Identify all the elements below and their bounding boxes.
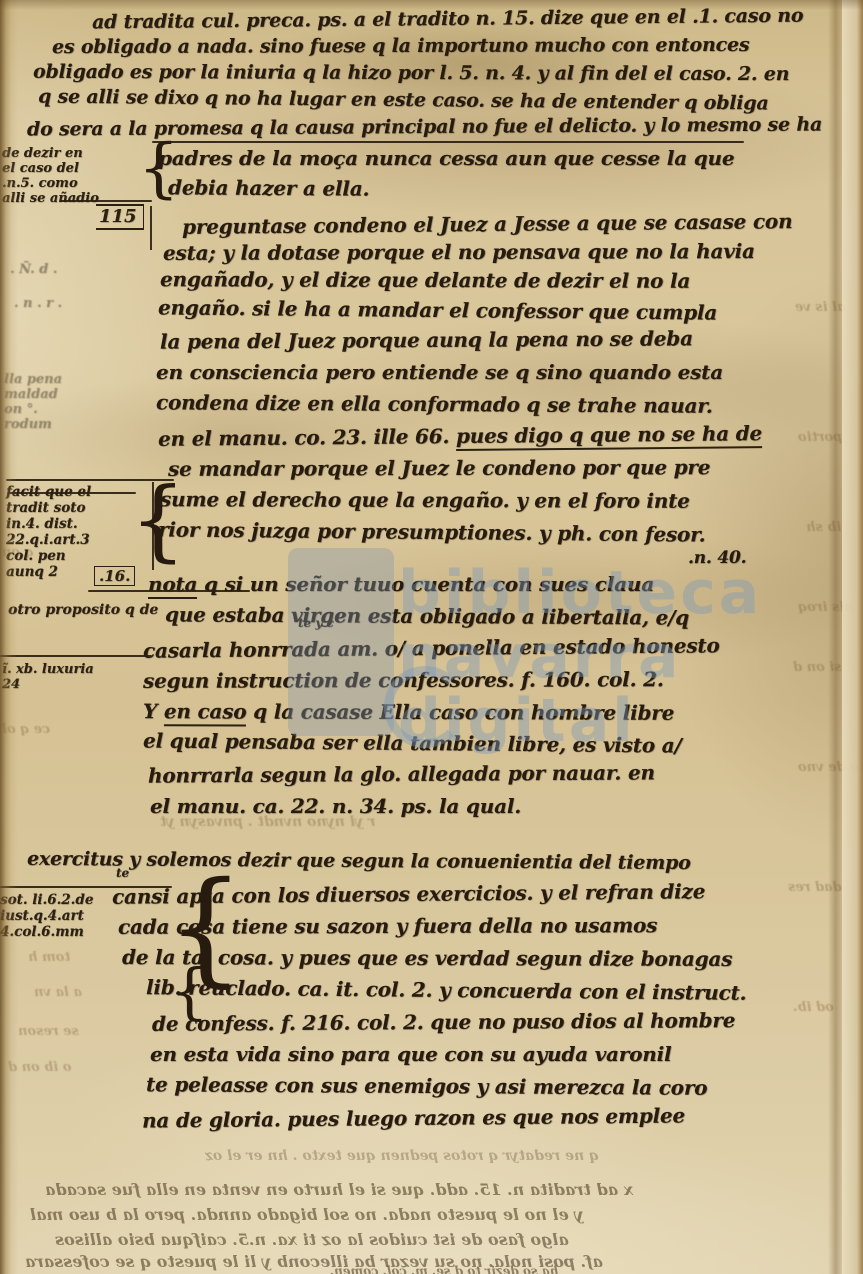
bleedthrough-fragment: to de vno (798, 760, 863, 775)
text-line: condena dize en ella conformado q se tra… (156, 390, 713, 417)
bleedthrough-fragment: portio (798, 430, 842, 445)
margin-brace: { (130, 476, 186, 564)
text-line: segun instruction de confessores. f. 160… (143, 667, 664, 693)
underlined-phrase: en caso (164, 699, 247, 726)
text-line: padres de la moça nunca cessa aun que ce… (158, 146, 734, 170)
text-line: casarla honrrada am. o/ a ponella en est… (143, 633, 720, 662)
bleedthrough-fragment: tom h (28, 950, 70, 965)
margin-note: lla pena maldad on °. rodum (4, 372, 62, 432)
text-line: se mandar porque el Juez le condeno por … (168, 455, 710, 481)
bleedthrough-fragment: ce q ol (2, 722, 50, 737)
margin-note: te y c (298, 616, 334, 630)
text-line: te peleasse con sus enemigos y asi merez… (146, 1072, 707, 1100)
bleedthrough-line: y el no le puesto nada. no sol bigado an… (30, 1205, 584, 1224)
ink-rule (0, 655, 152, 657)
margin-note: facit que el tradit soto in.4. dist. 22.… (6, 484, 91, 580)
text-line: engañado, y el dize que delante de dezir… (160, 267, 690, 293)
bleedthrough-fragment: nis iroq (798, 600, 854, 615)
text-line: sume el derecho que la engaño. y en el f… (160, 487, 690, 513)
text-line: esta; y la dotase porque el no pensava q… (163, 239, 755, 265)
margin-note: . n . r . (14, 296, 62, 311)
bleedthrough-fragment: al is ve (795, 300, 846, 315)
bleedthrough-line: x ad tradita n. 15. add. que si el hurto… (45, 1180, 633, 1199)
margin-note: ĩ. xb. luxuria 24 (2, 662, 94, 692)
bleedthrough-fragment: se reson (18, 1024, 79, 1039)
bleedthrough-line: q ne redatyr q rotos pednen que texto . … (205, 1148, 599, 1164)
text-line: en consciencia pero entiende se q sino q… (156, 360, 723, 384)
ink-vertical-rule (150, 206, 152, 250)
margin-note: sot. li.6.2.de iust.q.4.art 4.col.6.mm (0, 892, 93, 940)
bleedthrough-fragment: od ib. (793, 1000, 834, 1015)
text-line: obligado es por la iniuria q la hizo por… (33, 61, 789, 85)
ink-rule (8, 492, 136, 494)
text-line: .n. 40. (688, 548, 746, 568)
text-line: engaño. si le ha a mandar el confessor q… (158, 295, 717, 324)
bleedthrough-fragment: a la vn (34, 985, 82, 1000)
text-line: el qual pensaba ser ella tambien libre, … (143, 728, 682, 757)
page-fold-crease (828, 0, 842, 1274)
bleedthrough-fragment: o ib on d (8, 1060, 72, 1075)
margin-brace: { (138, 136, 179, 201)
manuscript-page: r yl nyno nvndt . pnvasyn ytal is veport… (0, 0, 863, 1274)
text-line: na de gloria. pues luego razon es que no… (142, 1103, 685, 1132)
ink-rule (0, 886, 172, 888)
text-line: que estaba virgen esta obligado a libert… (165, 602, 689, 629)
margin-note: otro proposito q de (8, 602, 158, 618)
margin-note: de dezir en el caso del .n.5. como alli … (2, 146, 99, 206)
text-line: en el manu. co. 23. ille 66. pues digo q… (158, 421, 762, 451)
text-line: Y en caso q la casase Ella caso con homb… (143, 699, 674, 725)
text-line: ad tradita cul. preca. ps. a el tradito … (92, 5, 804, 34)
ink-rule (152, 141, 744, 143)
text-line: nota q si un señor tuuo cuenta con sues … (148, 572, 654, 596)
bleedthrough-line: algo faso de ist cuidos la oz ti xa. n.5… (55, 1230, 569, 1249)
margin-note: 115 (96, 204, 144, 230)
margin-note: . Ñ. d . (10, 262, 57, 277)
text-line: es obligado a nada. sino fuese q la impo… (52, 34, 749, 58)
text-line: de confess. f. 216. col. 2. que no puso … (152, 1008, 735, 1036)
bleedthrough-line: ha so dezir to d se. m. col. comen. (330, 1264, 558, 1274)
bleedthrough-fragment: ib sh (806, 520, 841, 535)
bleedthrough-fragment: si on d (793, 660, 842, 675)
text-line: q se alli se dixo q no ha lugar en este … (38, 86, 769, 115)
text-line: rior nos juzga por presumptiones. y ph. … (158, 517, 706, 546)
text-line: debia hazer a ella. (168, 175, 369, 200)
underlined-phrase: nota (148, 572, 197, 599)
text-line: el manu. ca. 22. n. 34. ps. la qual. (150, 794, 521, 818)
text-line: la pena del Juez porque aunq la pena no … (160, 326, 693, 353)
bleedthrough-fragment: dad res (788, 880, 842, 895)
margin-note: te (116, 866, 129, 880)
underlined-phrase: pues digo q que no se ha de (456, 421, 762, 451)
margin-brace: { (170, 961, 209, 1022)
text-line: en esta vida sino para que con su ayuda … (150, 1042, 671, 1066)
text-line: honrrarla segun la glo. allegada por nau… (148, 760, 655, 787)
ink-rule (88, 590, 250, 592)
page-right-strip (842, 0, 863, 1274)
text-line: preguntase condeno el Juez a Jesse a que… (182, 209, 793, 239)
